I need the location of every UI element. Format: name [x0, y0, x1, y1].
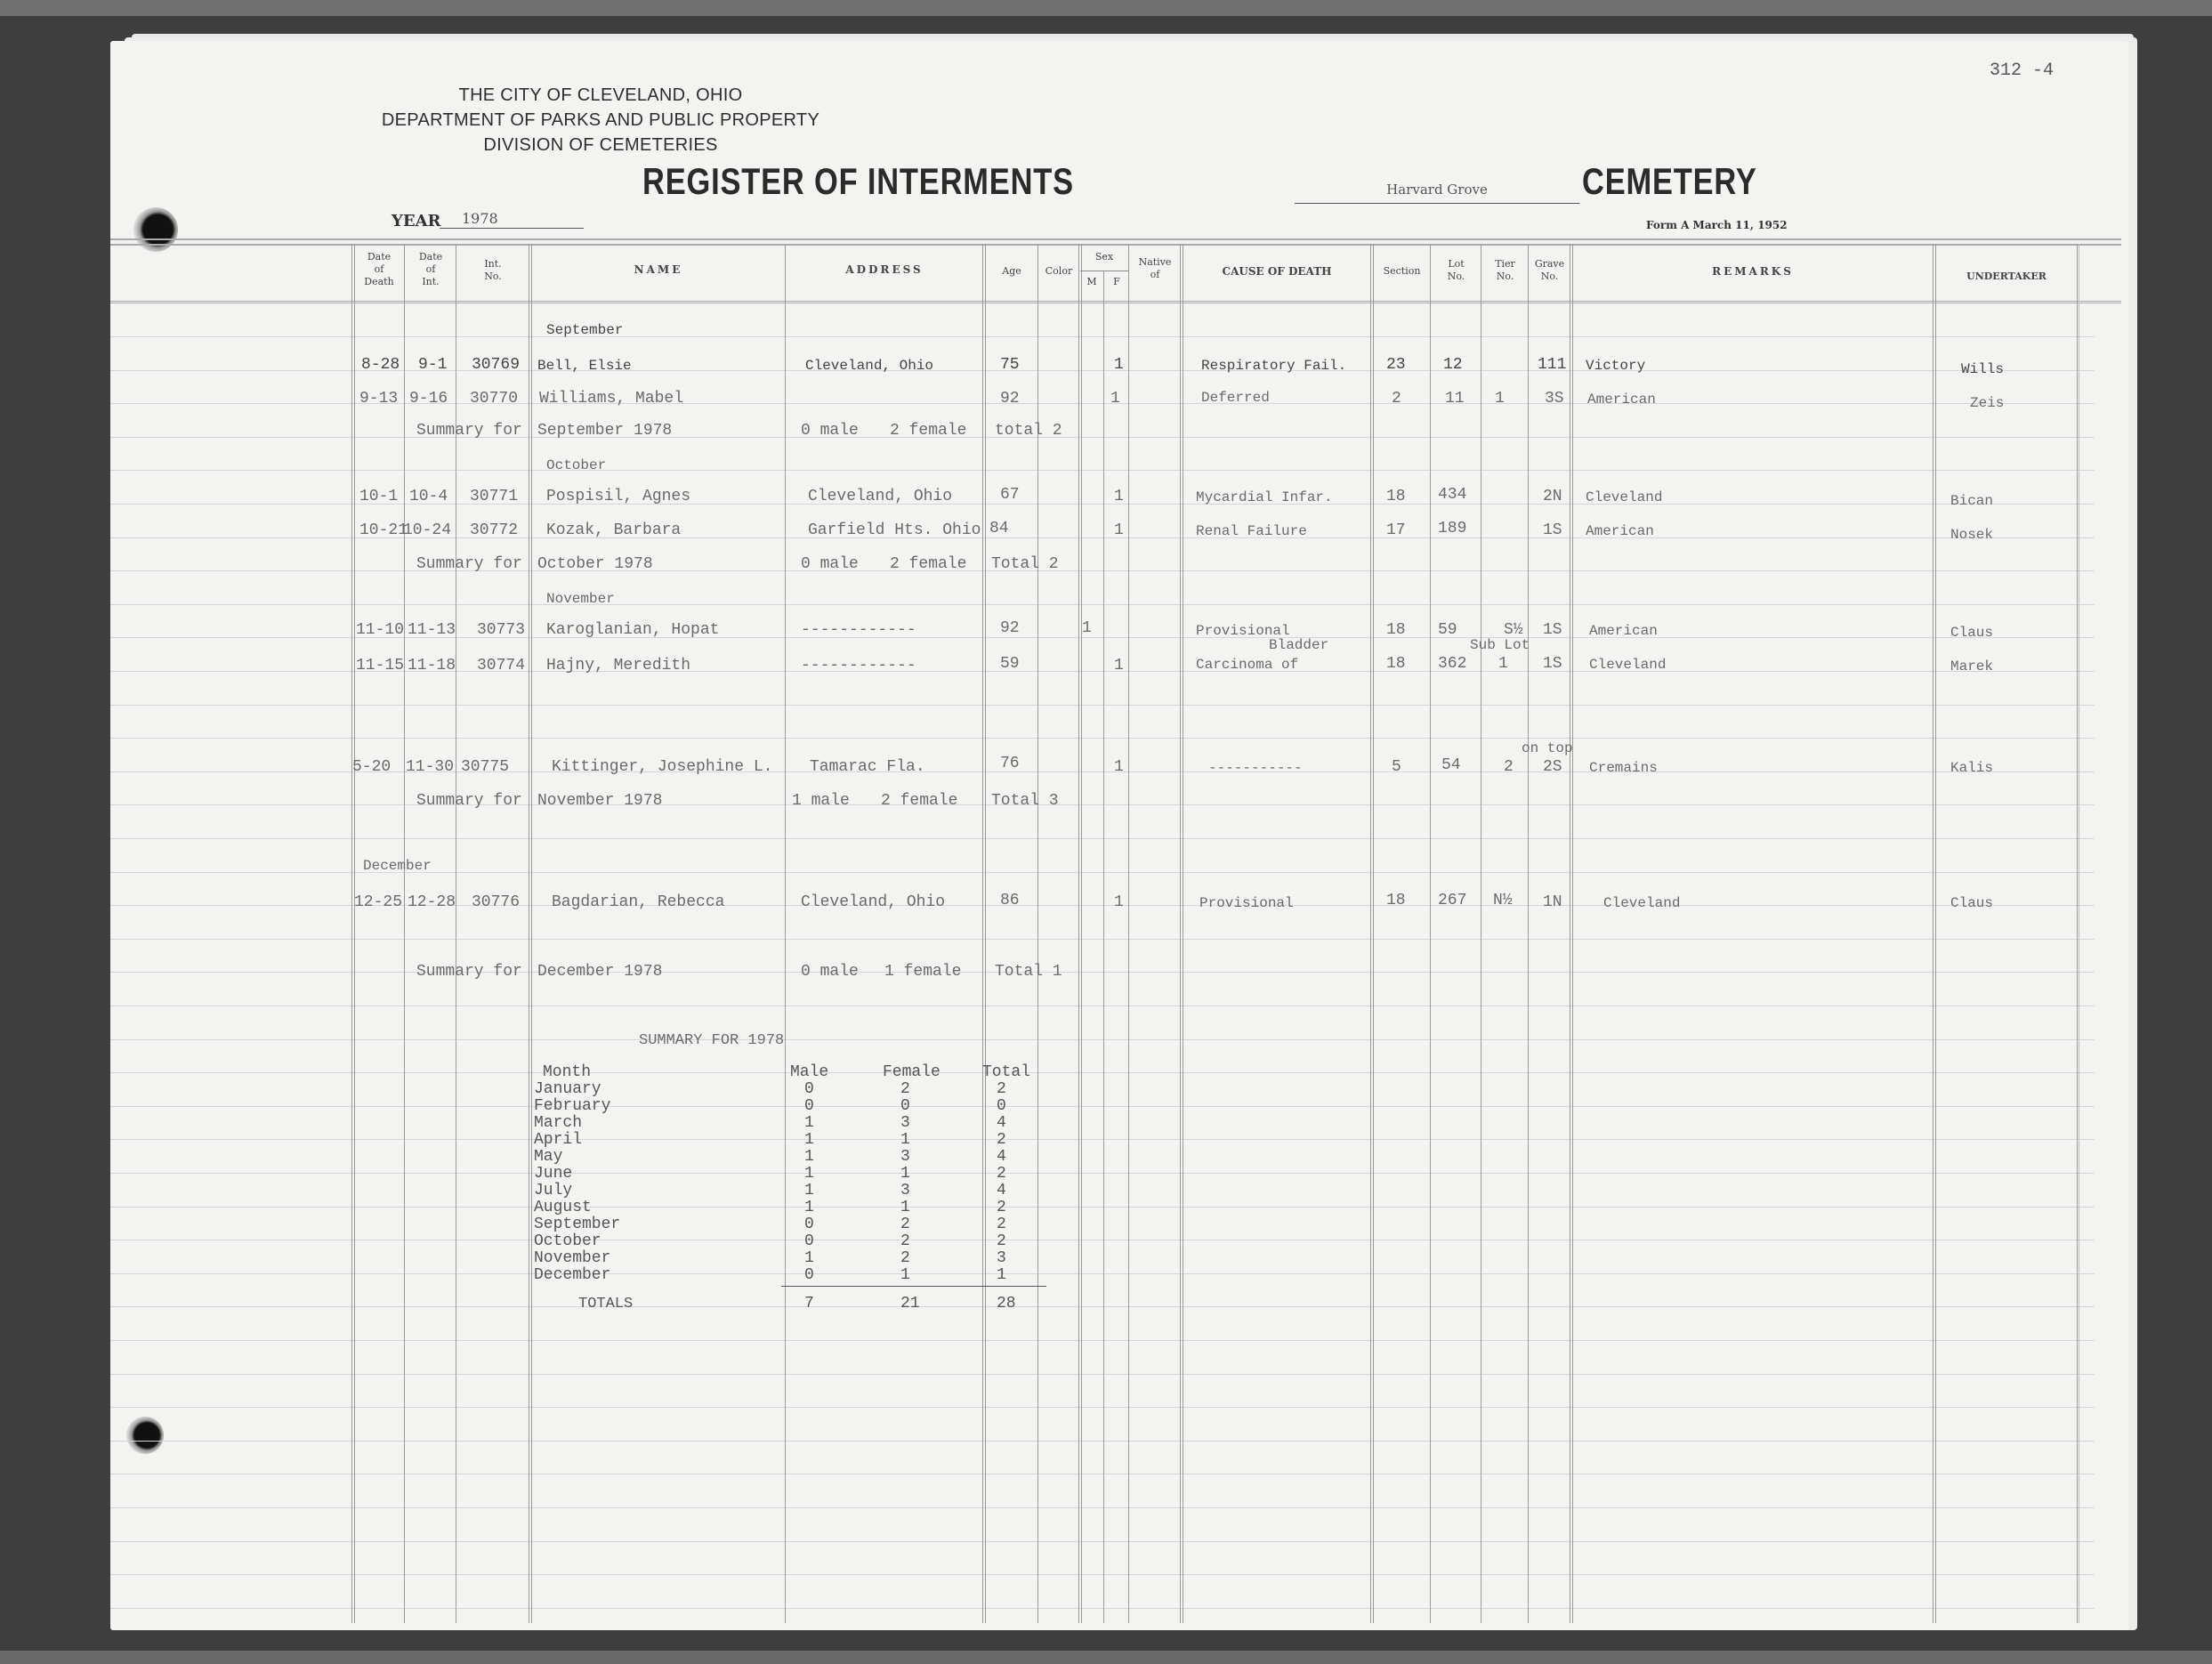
summary-total: 2 — [997, 1216, 1006, 1233]
column-divider — [1103, 271, 1104, 1623]
section: 18 — [1386, 892, 1406, 909]
grave-no: 2N — [1543, 488, 1562, 505]
ruled-line — [110, 1541, 2095, 1542]
ruled-line — [110, 804, 2095, 805]
date-of-int: 10-24 — [403, 521, 451, 539]
tier-no: 1 — [1495, 390, 1505, 408]
name: Kittinger, Josephine L. — [552, 758, 772, 776]
summary-female: 3 — [900, 1115, 910, 1132]
int-no: 30769 — [472, 356, 520, 374]
annual-summary-row: November123 — [534, 1250, 1050, 1267]
int-no: 30773 — [477, 621, 525, 639]
date-of-int: 9-16 — [409, 390, 448, 408]
grave-no: 3S — [1545, 390, 1564, 408]
ruled-line — [110, 1072, 2095, 1073]
date-of-int: 11-30 — [406, 758, 454, 776]
annual-summary-table: Month Male Female Total January022Februa… — [534, 1064, 1050, 1321]
lot-no: 59 — [1438, 621, 1457, 639]
ruled-line — [110, 504, 2095, 505]
ruled-line — [110, 1407, 2095, 1408]
lot-no: 267 — [1438, 892, 1466, 909]
undertaker: Zeis — [1970, 395, 2004, 411]
ruled-line — [110, 1173, 2095, 1174]
month-heading: October — [546, 457, 606, 473]
sex-f: 1 — [1114, 657, 1124, 674]
ruled-line — [110, 1574, 2095, 1575]
name: Williams, Mabel — [539, 390, 683, 408]
col-tier-no: TierNo. — [1482, 258, 1528, 283]
summary-female: 2 — [900, 1081, 910, 1098]
section: 18 — [1386, 488, 1406, 505]
col-date-of-death: DateofDeath — [354, 251, 404, 288]
summary-male: 1 — [804, 1183, 814, 1200]
month-heading: September — [546, 322, 623, 338]
section: 18 — [1386, 655, 1406, 673]
month-heading: December — [363, 858, 432, 874]
annual-summary-row: October022 — [534, 1233, 1050, 1250]
ruled-line — [110, 939, 2095, 940]
summary-total: total 2 — [995, 422, 1062, 440]
col-age: Age — [986, 265, 1037, 278]
summary-period: September 1978 — [537, 422, 672, 440]
annual-summary-rows: January022February000March134April112May… — [534, 1081, 1050, 1284]
summary-total: 2 — [997, 1166, 1006, 1183]
annual-summary-row: April112 — [534, 1132, 1050, 1149]
totals-total: 28 — [997, 1296, 1016, 1313]
column-divider — [529, 244, 532, 1623]
totals-label: TOTALS — [578, 1296, 633, 1313]
summary-female: 2 female — [881, 792, 957, 810]
cause-of-death: Carcinoma of — [1196, 657, 1298, 673]
summary-period: November 1978 — [537, 792, 662, 810]
column-divider — [1933, 244, 1936, 1623]
summary-total: 2 — [997, 1081, 1006, 1098]
date-of-int: 9-1 — [418, 356, 447, 374]
summary-total: 3 — [997, 1250, 1006, 1267]
column-divider — [1370, 244, 1374, 1623]
address: Cleveland, Ohio — [801, 893, 945, 911]
col-native-of: Nativeof — [1130, 256, 1180, 281]
cause-of-death: Provisional — [1199, 895, 1294, 911]
summary-total: 2 — [997, 1132, 1006, 1149]
summary-female: 2 — [900, 1216, 910, 1233]
col-date-of-int: DateofInt. — [406, 251, 456, 288]
column-divider — [1078, 244, 1082, 1623]
remarks: Victory — [1586, 358, 1645, 374]
col-sex: Sex — [1080, 251, 1128, 263]
lot-no: 12 — [1443, 356, 1463, 374]
ruled-line — [110, 1207, 2095, 1208]
column-divider — [1481, 244, 1481, 1623]
summary-total: 1 — [997, 1267, 1006, 1284]
annual-summary-row: August112 — [534, 1200, 1050, 1216]
summary-month: March — [534, 1115, 582, 1132]
ruled-line — [110, 1507, 2095, 1508]
grave-no: 1S — [1543, 655, 1562, 673]
cause-of-death: Renal Failure — [1196, 523, 1307, 539]
cause-of-death: Deferred — [1201, 390, 1270, 406]
cause-of-death: ----------- — [1208, 760, 1303, 776]
date-of-death: 12-25 — [354, 893, 402, 911]
annual-summary-row: January022 — [534, 1081, 1050, 1098]
summary-month: February — [534, 1098, 610, 1115]
section: 18 — [1386, 621, 1406, 639]
section: 17 — [1386, 521, 1406, 539]
summary-female: 3 — [900, 1149, 910, 1166]
remarks: American — [1586, 523, 1654, 539]
column-divider — [1570, 244, 1573, 1623]
remarks: Cremains — [1589, 760, 1658, 776]
page-number: 312 -4 — [1990, 61, 2054, 81]
column-divider — [785, 244, 786, 1623]
col-sex-f: F — [1105, 276, 1128, 288]
ruled-line — [110, 1374, 2095, 1375]
summary-female: 1 — [900, 1166, 910, 1183]
ruled-line — [110, 437, 2095, 438]
cemetery-name-field: Harvard Grove — [1295, 182, 1579, 204]
header-month: Month — [543, 1064, 591, 1081]
column-divider — [351, 244, 355, 1623]
year-value: 1978 — [462, 210, 498, 227]
remarks: Cleveland — [1589, 657, 1666, 673]
binder-edge-top — [0, 0, 2212, 16]
date-of-death: 5-20 — [352, 758, 391, 776]
ruled-line — [110, 1474, 2095, 1474]
annual-summary-row: May134 — [534, 1149, 1050, 1166]
annual-summary-row: March134 — [534, 1115, 1050, 1132]
summary-male: 0 — [804, 1267, 814, 1284]
sex-m: 1 — [1082, 619, 1092, 637]
int-no: 30774 — [477, 657, 525, 674]
age: 67 — [1000, 486, 1020, 504]
annual-summary-row: September022 — [534, 1216, 1050, 1233]
sex-f: 1 — [1114, 893, 1124, 911]
column-divider — [1037, 244, 1038, 1623]
summary-total: 2 — [997, 1200, 1006, 1216]
header-male: Male — [790, 1064, 828, 1081]
address: ------------ — [801, 621, 916, 639]
summary-total: 0 — [997, 1098, 1006, 1115]
ruled-line — [110, 1608, 2095, 1609]
totals-male: 7 — [804, 1296, 814, 1313]
summary-month: December — [534, 1267, 610, 1284]
remarks: American — [1589, 623, 1658, 639]
age: 75 — [1000, 356, 1020, 374]
summary-female: 1 — [900, 1200, 910, 1216]
undertaker: Marek — [1950, 658, 1993, 674]
summary-month: September — [534, 1216, 620, 1233]
sex-f: 1 — [1110, 390, 1120, 408]
name: Karoglanian, Hopat — [546, 621, 719, 639]
undertaker: Bican — [1950, 493, 1993, 509]
summary-male: 0 — [804, 1233, 814, 1250]
annual-summary-row: June112 — [534, 1166, 1050, 1183]
col-name: NAME — [532, 263, 785, 276]
header-bottom-rule — [110, 301, 2121, 303]
date-of-int: 11-18 — [408, 657, 456, 674]
col-lot-no: LotNo. — [1432, 258, 1481, 283]
col-sex-m: M — [1080, 276, 1103, 288]
grave-no: 2S — [1543, 758, 1562, 776]
date-of-int: 10-4 — [409, 488, 448, 505]
totals-female: 21 — [900, 1296, 920, 1313]
cause-of-death-line1: Bladder — [1269, 637, 1328, 653]
summary-male: 1 male — [792, 792, 850, 810]
summary-month: April — [534, 1132, 582, 1149]
ruled-line — [110, 1441, 2095, 1442]
summary-total: Total 1 — [995, 963, 1062, 981]
summary-month: July — [534, 1183, 572, 1200]
age: 59 — [1000, 655, 1020, 673]
summary-male: 0 — [804, 1098, 814, 1115]
summary-month: June — [534, 1166, 572, 1183]
col-cause-of-death: CAUSE OF DEATH — [1183, 265, 1370, 278]
col-address: ADDRESS — [787, 263, 982, 276]
tier-no: N½ — [1493, 892, 1513, 909]
cemetery-name: Harvard Grove — [1386, 182, 1488, 198]
column-divider — [404, 244, 405, 1623]
column-divider — [1430, 244, 1431, 1623]
col-undertaker: UNDERTAKER — [1936, 271, 2077, 283]
summary-female: 1 — [900, 1132, 910, 1149]
age: 86 — [1000, 892, 1020, 909]
summary-month: November — [534, 1250, 610, 1267]
int-no: 30771 — [470, 488, 518, 505]
age: 92 — [1000, 390, 1020, 408]
date-of-death: 11-10 — [356, 621, 404, 639]
city-heading: THE CITY OF CLEVELAND, OHIO — [351, 85, 850, 106]
summary-total: 4 — [997, 1115, 1006, 1132]
col-remarks: REMARKS — [1573, 265, 1933, 278]
address: Tamarac Fla. — [810, 758, 925, 776]
ruled-line — [110, 1273, 2095, 1274]
department-heading: DEPARTMENT OF PARKS AND PUBLIC PROPERTY — [351, 110, 850, 131]
month-heading: November — [546, 591, 615, 607]
ruled-line — [110, 370, 2095, 371]
ruled-line — [110, 1006, 2095, 1006]
name: Kozak, Barbara — [546, 521, 681, 539]
grave-no: 1S — [1543, 621, 1562, 639]
binder-edge-bottom — [0, 1651, 2212, 1664]
date-of-death: 10-21 — [359, 521, 408, 539]
remarks: Cleveland — [1603, 895, 1680, 911]
undertaker: Nosek — [1950, 527, 1993, 543]
annual-summary-row: February000 — [534, 1098, 1050, 1115]
summary-female: 1 — [900, 1267, 910, 1284]
ruled-line — [110, 972, 2095, 973]
summary-male: 0 male — [801, 422, 859, 440]
summary-month: May — [534, 1149, 562, 1166]
col-int-no: Int.No. — [457, 258, 529, 283]
remarks: American — [1587, 392, 1656, 408]
summary-total: 4 — [997, 1149, 1006, 1166]
summary-male: 1 — [804, 1200, 814, 1216]
ruled-line — [110, 403, 2095, 404]
ruled-line — [110, 1039, 2095, 1040]
summary-female: 2 female — [890, 555, 966, 573]
column-divider — [1180, 244, 1183, 1623]
year-label: YEAR — [392, 212, 441, 230]
ruled-line — [110, 570, 2095, 571]
age: 84 — [989, 520, 1009, 537]
sex-f: 1 — [1114, 356, 1124, 374]
summary-month: October — [534, 1233, 601, 1250]
age: 76 — [1000, 755, 1020, 772]
section: 5 — [1392, 758, 1401, 776]
annual-summary-totals-row: TOTALS 7 21 28 — [534, 1296, 1050, 1321]
ruled-line — [110, 1106, 2095, 1107]
date-of-death: 9-13 — [359, 390, 398, 408]
ruled-line — [110, 838, 2095, 839]
date-of-int: 11-13 — [408, 621, 456, 639]
summary-total: 2 — [997, 1233, 1006, 1250]
ruled-line — [110, 1340, 2095, 1341]
summary-female: 0 — [900, 1098, 910, 1115]
summary-period: December 1978 — [537, 963, 662, 981]
col-section: Section — [1374, 265, 1430, 278]
address: Cleveland, Ohio — [808, 488, 952, 505]
ruled-line — [110, 604, 2095, 605]
undertaker: Claus — [1950, 625, 1993, 641]
summary-male: 1 — [804, 1250, 814, 1267]
lot-no: 54 — [1441, 756, 1461, 774]
lot-no: 362 — [1438, 655, 1466, 673]
summary-male: 1 — [804, 1166, 814, 1183]
summary-period: October 1978 — [537, 555, 653, 573]
name: Bell, Elsie — [537, 358, 632, 374]
remarks: Cleveland — [1586, 489, 1662, 505]
summary-female: 2 — [900, 1250, 910, 1267]
summary-month: January — [534, 1081, 601, 1098]
ruled-line — [110, 705, 2095, 706]
lot-no: 189 — [1438, 520, 1466, 537]
summary-female: 1 female — [884, 963, 961, 981]
annual-summary-title: SUMMARY FOR 1978 — [639, 1032, 784, 1049]
summary-male: 0 — [804, 1081, 814, 1098]
cause-of-death: Mycardial Infar. — [1196, 489, 1333, 505]
summary-label: Summary for — [416, 792, 522, 810]
int-no: 30770 — [470, 390, 518, 408]
name: Bagdarian, Rebecca — [552, 893, 724, 911]
tier-no: 1 — [1498, 655, 1508, 673]
table-top-rule — [110, 238, 2121, 240]
annual-summary-header: Month Male Female Total — [534, 1064, 1050, 1081]
ruled-line — [110, 738, 2095, 739]
ruled-line — [110, 1306, 2095, 1307]
date-of-int: 12-28 — [408, 893, 456, 911]
name: Hajny, Meredith — [546, 657, 690, 674]
tier-no: S½ — [1504, 621, 1523, 639]
col-grave-no: GraveNo. — [1530, 258, 1570, 283]
ruled-line — [110, 1139, 2095, 1140]
header-female: Female — [883, 1064, 941, 1081]
ruled-line — [110, 1240, 2095, 1240]
sex-f: 1 — [1114, 488, 1124, 505]
sex-f: 1 — [1114, 521, 1124, 539]
summary-female: 2 — [900, 1233, 910, 1250]
column-divider — [982, 244, 986, 1623]
division-heading: DIVISION OF CEMETERIES — [351, 135, 850, 156]
summary-female: 3 — [900, 1183, 910, 1200]
summary-male: 0 male — [801, 963, 859, 981]
undertaker: Claus — [1950, 895, 1993, 911]
address: Garfield Hts. Ohio — [808, 521, 981, 539]
summary-label: Summary for — [416, 963, 522, 981]
grave-no: 1N — [1543, 893, 1562, 911]
header-total: Total — [982, 1064, 1030, 1081]
table-top-rule — [110, 244, 2121, 246]
summary-label: Summary for — [416, 422, 522, 440]
column-divider — [1528, 244, 1529, 1623]
name: Pospisil, Agnes — [546, 488, 690, 505]
col-color: Color — [1039, 265, 1078, 278]
int-no: 30776 — [472, 893, 520, 911]
date-of-death: 10-1 — [359, 488, 398, 505]
annual-summary-total-rule — [781, 1286, 1046, 1287]
column-divider — [2077, 244, 2078, 1623]
lot-annotation: Sub Lot — [1470, 637, 1530, 653]
column-divider — [456, 244, 456, 1623]
summary-male: 1 — [804, 1115, 814, 1132]
tier-no: 2 — [1504, 758, 1514, 776]
date-of-death: 8-28 — [361, 356, 400, 374]
column-divider — [1128, 244, 1129, 1623]
age: 92 — [1000, 619, 1020, 637]
form-note: Form A March 11, 1952 — [1646, 219, 1788, 231]
annual-summary-row: December011 — [534, 1267, 1050, 1284]
summary-female: 2 female — [890, 422, 966, 440]
grave-annotation: on top — [1522, 740, 1573, 756]
grave-no: 111 — [1538, 356, 1566, 374]
summary-month: August — [534, 1200, 592, 1216]
column-divider — [2079, 244, 2079, 1623]
undertaker: Kalis — [1950, 760, 1993, 776]
summary-male: 0 — [804, 1216, 814, 1233]
section: 2 — [1392, 390, 1401, 408]
summary-male: 1 — [804, 1149, 814, 1166]
undertaker: Wills — [1961, 361, 2004, 377]
register-title: REGISTER OF INTERMENTS — [642, 160, 1074, 203]
year-field: 1978 — [440, 210, 584, 229]
sex-subheader-rule — [1080, 271, 1128, 271]
date-of-death: 11-15 — [356, 657, 404, 674]
cemetery-label: CEMETERY — [1582, 160, 1757, 203]
lot-no: 434 — [1438, 486, 1466, 504]
binder-hole-icon — [126, 1417, 164, 1454]
summary-male: 0 male — [801, 555, 859, 573]
summary-male: 1 — [804, 1132, 814, 1149]
summary-total: Total 2 — [991, 555, 1059, 573]
int-no: 30772 — [470, 521, 518, 539]
address: Cleveland, Ohio — [805, 358, 933, 374]
ruled-line — [110, 470, 2095, 471]
cause-of-death: Respiratory Fail. — [1201, 358, 1346, 374]
sex-f: 1 — [1114, 758, 1124, 776]
grave-no: 1S — [1543, 521, 1562, 539]
summary-total: 4 — [997, 1183, 1006, 1200]
section: 23 — [1386, 356, 1406, 374]
summary-total: Total 3 — [991, 792, 1059, 810]
summary-label: Summary for — [416, 555, 522, 573]
lot-no: 11 — [1445, 390, 1465, 408]
address: ------------ — [801, 657, 916, 674]
annual-summary-row: July134 — [534, 1183, 1050, 1200]
ruled-line — [110, 336, 2095, 337]
int-no: 30775 — [461, 758, 509, 776]
